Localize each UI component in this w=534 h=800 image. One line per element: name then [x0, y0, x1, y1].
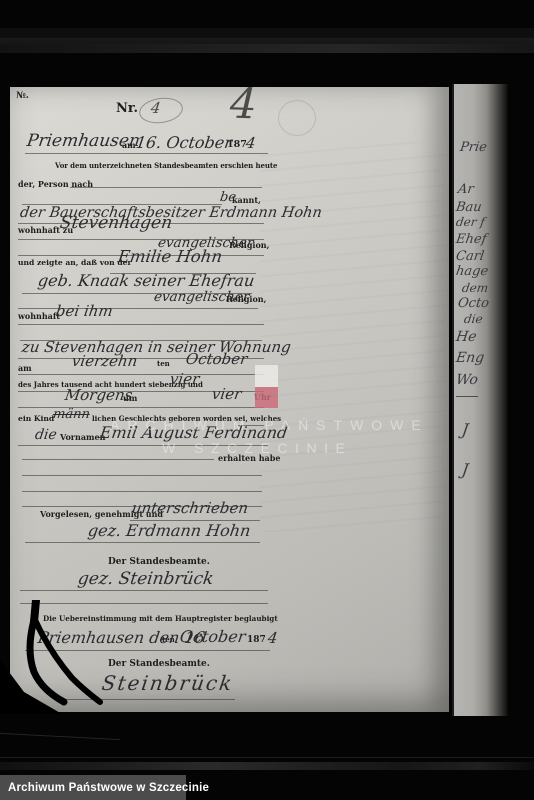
watermark-line2: W SZCZECINIE — [162, 440, 352, 456]
form-rule — [22, 491, 262, 492]
nr-label: Nr. — [116, 101, 138, 116]
birth-place-line: zu Stevenhagen in seiner Wohnung — [21, 338, 292, 356]
intro-line: Vor dem unterzeichneten Standesbeamten e… — [55, 161, 277, 170]
pencil-circle-mark — [137, 95, 184, 126]
faint-stamp-mark — [278, 100, 316, 136]
form-rule — [25, 542, 260, 543]
um-label: um — [123, 393, 137, 403]
form-rule — [18, 374, 264, 375]
year-written: 4 — [245, 134, 257, 152]
certify-year-printed: 187 — [247, 635, 266, 645]
side-fragment: die — [463, 312, 484, 326]
side-fragment: der f — [455, 215, 486, 229]
side-fragment: J — [461, 460, 470, 479]
side-fragment: Ehef — [455, 232, 487, 247]
bei-ihm-value: bei ihm — [55, 302, 114, 320]
form-rule — [22, 475, 262, 476]
hour-value: vier — [211, 385, 243, 403]
form-rule — [18, 308, 258, 309]
am-label: am — [18, 363, 32, 373]
ten-suffix2: ten — [162, 635, 175, 644]
form-rule — [22, 459, 214, 460]
side-fragment: Bau — [455, 200, 483, 215]
scan-streak — [0, 757, 534, 758]
side-fragment: Eng — [455, 350, 485, 366]
certify-year-written: 4 — [267, 629, 279, 647]
kind-pre-label: ein Kind — [18, 414, 54, 423]
religion2-label: Religion, — [226, 294, 266, 304]
archive-footer-bar: Archiwum Państwowe w Szczecinie — [0, 775, 186, 800]
date-value: 16. October — [135, 133, 234, 152]
side-fragment: Prie — [459, 140, 488, 155]
year-word-value: vier — [169, 370, 201, 388]
mother-name: Emilie Hohn — [117, 247, 224, 266]
gender-value: männ — [52, 407, 91, 422]
die-handwritten: die — [34, 427, 58, 443]
side-rule — [456, 396, 478, 397]
side-fragment: He — [455, 329, 478, 345]
form-rule — [20, 590, 268, 591]
side-fragment: hage — [455, 264, 489, 279]
scan-streak — [0, 44, 534, 53]
archive-logo-red-square — [255, 387, 278, 408]
side-fragment: Carl — [455, 249, 485, 264]
archive-scan-viewer: №. Nr. 4 4 Priemhausen am 16. October 18… — [0, 0, 534, 800]
declarant-signature: gez. Erdmann Hohn — [87, 521, 252, 540]
unterschrieben-value: unterschrieben — [131, 499, 250, 517]
side-fragment: Octo — [457, 296, 490, 311]
am-label-small: am — [122, 140, 136, 150]
document-clip-silhouette — [0, 600, 140, 720]
scan-streak — [0, 762, 534, 770]
side-fragment: Wo — [455, 372, 479, 388]
birth-month-value: October — [185, 350, 249, 368]
adjacent-page-strip: Prie Ar Bau der f Ehef Carl hage dem Oct… — [452, 84, 508, 716]
certify-month: October — [179, 627, 247, 646]
bekannt-printed: kannt, — [232, 195, 261, 205]
official-title1: Der Standesbeamte. — [108, 557, 210, 567]
no-symbol: №. — [16, 91, 29, 101]
mother-maiden-line: geb. Knaak seiner Ehefrau — [37, 271, 256, 290]
residence-value: Stevenhagen — [59, 213, 174, 233]
watermark-line1: ARCHIWUM PAŃSTWOWE — [110, 417, 429, 433]
scan-streak — [0, 733, 120, 740]
zeigte-an-label: und zeigte an, daß von der — [18, 258, 131, 267]
archive-footer-label: Archiwum Państwowe w Szczecinie — [0, 782, 209, 794]
side-fragment: Ar — [457, 182, 475, 197]
side-fragment: J — [461, 420, 470, 439]
form-rule — [18, 324, 264, 325]
ink-bleedthrough — [260, 142, 445, 532]
birth-day-value: vierzehn — [71, 352, 139, 370]
pencil-number: 4 — [229, 79, 257, 129]
side-fragment: dem — [461, 281, 489, 295]
ten-suffix1: ten — [157, 359, 170, 368]
registrar-signature1: gez. Steinbrück — [77, 569, 215, 589]
form-rule — [25, 153, 268, 154]
archive-logo-white-square — [255, 365, 278, 387]
religion1-label: Religion, — [229, 240, 269, 250]
year-printed: 187 — [227, 139, 247, 150]
form-rule — [70, 187, 262, 188]
scan-streak — [0, 28, 534, 38]
